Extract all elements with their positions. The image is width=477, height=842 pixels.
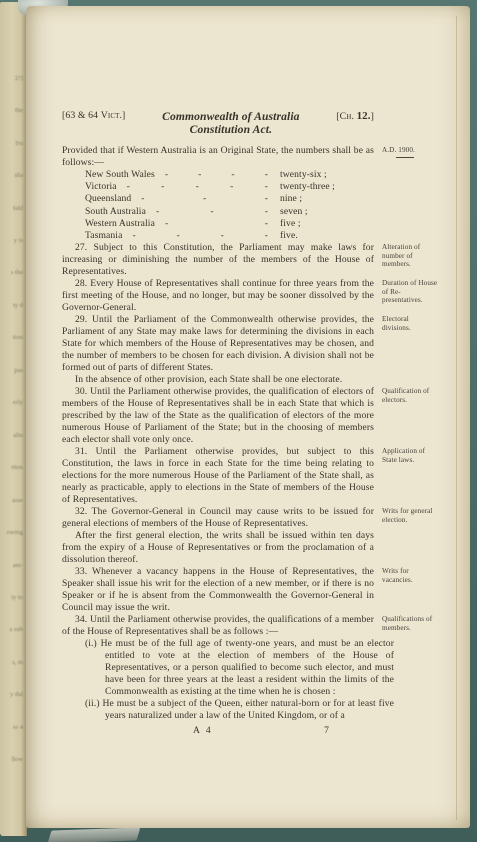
states-list: New South Wales ---- twenty-six ; Victor… <box>85 169 374 242</box>
leader-dashes: ---- <box>132 230 268 242</box>
paragraph-text: (ii.) He must be a subject of the Queen,… <box>85 698 394 721</box>
paragraph: (ii.) He must be a subject of the Queen,… <box>85 698 394 722</box>
paragraph: (i.) He must be of the full age of twent… <box>85 638 394 698</box>
margin-note: Alteration of number of members. <box>382 243 438 269</box>
bleed-through-text-fragment: tion <box>13 334 26 341</box>
bleed-through-text-fragment: er 4 <box>13 724 26 731</box>
margin-note: Qualifications of members. <box>382 615 438 632</box>
paragraph: 27. Subject to this Constitution, the Pa… <box>62 242 374 278</box>
state-name: Tasmania <box>85 230 122 242</box>
leader-dashes: --- <box>141 193 268 205</box>
paragraph: 30. Until the Parliament otherwise provi… <box>62 386 374 446</box>
margin-note: Duration of House of Re­presentatives. <box>382 279 438 305</box>
scan-background: 2?] the fru tila fald y is s the ty d ti… <box>0 0 477 842</box>
paragraph-text: (i.) He must be of the full age of twent… <box>85 638 394 697</box>
intro-paragraph: Provided that if Western Australia is an… <box>62 145 374 169</box>
bleed-through-text-fragment: y is <box>14 237 26 244</box>
note-rule <box>396 157 414 158</box>
paragraph-text: 28. Every House of Representatives shall… <box>62 278 374 313</box>
paragraph-text: In the absence of other provision, each … <box>75 374 342 385</box>
bleed-through-text-fragment: s, m <box>12 659 26 666</box>
book-spine-page-edge: 2?] the fru tila fald y is s the ty d ti… <box>0 2 27 836</box>
state-row: Queensland --- nine ; <box>85 193 374 205</box>
bleed-through-text-fragment: asse <box>12 497 26 504</box>
margin-note: Writs for general election. <box>382 507 438 524</box>
page-number: 7 <box>324 725 329 737</box>
paragraph-text: 30. Until the Parliament otherwise provi… <box>62 386 374 445</box>
bleed-through-text-fragment: alin <box>13 432 26 439</box>
state-name: Western Australia <box>85 218 155 230</box>
page-footer: A 4 7 <box>62 725 374 738</box>
state-row: Western Australia -- five ; <box>85 218 374 230</box>
title-line-2: Constitution Act. <box>125 123 336 136</box>
running-header-left: [63 & 64 Vict.] <box>62 110 125 122</box>
page-content: [63 & 64 Vict.] Commonwealth of Australi… <box>62 110 374 738</box>
state-row: Victoria ----- twenty-three ; <box>85 181 374 193</box>
bleed-through-text-fragment: am- <box>13 562 26 569</box>
state-member-count: five ; <box>280 218 374 230</box>
paragraph-text: 33. Whenever a vacancy happens in the Ho… <box>62 566 374 613</box>
margin-note: Qualification of electors. <box>382 387 438 404</box>
leader-dashes: ---- <box>165 169 268 181</box>
paragraph: 31. Until the Parliament otherwise provi… <box>62 446 374 506</box>
state-name: South Australia <box>85 206 146 218</box>
paragraph: 32. The Governor-General in Council may … <box>62 506 374 530</box>
paragraph: After the first general election, the wr… <box>62 530 374 566</box>
bleed-through-text-fragment: 2?] <box>15 75 26 82</box>
bleed-through-text-fragment: llow <box>11 756 26 763</box>
margin-note: Electoral divisions. <box>382 315 438 332</box>
paragraph-text: 32. The Governor-General in Council may … <box>62 506 374 529</box>
bleed-through-text-fragment: fru <box>15 140 26 147</box>
paragraph-text: 29. Until the Parliament of the Commonwe… <box>62 314 374 373</box>
clip-fragment-bottom <box>48 827 141 842</box>
paragraph: 33. Whenever a vacancy happens in the Ho… <box>62 566 374 614</box>
paragraph-text: After the first general election, the wr… <box>62 530 374 565</box>
bleed-through-text-fragment: owing <box>7 529 26 536</box>
state-row: Tasmania ---- five. <box>85 230 374 242</box>
leader-dashes: -- <box>165 218 268 230</box>
bleed-through-text-fragment: fald <box>13 205 26 212</box>
bleed-through-text-fragment: tila <box>15 172 26 179</box>
paragraph-text: 34. Until the Parliament otherwise provi… <box>62 614 374 637</box>
bleed-through-text-fragment: rtien <box>11 464 26 471</box>
bleed-through-text-fragment: ty to <box>11 594 26 601</box>
state-member-count: nine ; <box>280 193 374 205</box>
running-header: [63 & 64 Vict.] Commonwealth of Australi… <box>62 110 374 136</box>
body-paragraphs: 27. Subject to this Constitution, the Pa… <box>62 242 374 722</box>
document-page: [63 & 64 Vict.] Commonwealth of Australi… <box>26 6 470 828</box>
state-name: Victoria <box>85 181 117 193</box>
paragraph-text: 27. Subject to this Constitution, the Pa… <box>62 242 374 277</box>
state-name: Queensland <box>85 193 131 205</box>
paragraph: In the absence of other provision, each … <box>62 374 374 386</box>
margin-note: Application of State laws. <box>382 447 438 464</box>
bleed-through-text-fragment: s the <box>11 269 26 276</box>
bleed-through-text-fragment: ty d <box>13 302 26 309</box>
state-member-count: seven ; <box>280 206 374 218</box>
intro-text: Provided that if Western Australia is an… <box>62 145 374 168</box>
bleed-through-text-fragment: erly <box>13 399 26 406</box>
document-title: Commonwealth of Australia Constitution A… <box>125 110 336 136</box>
bleed-through-text-fragment: y dal <box>10 691 26 698</box>
state-row: South Australia --- seven ; <box>85 206 374 218</box>
leader-dashes: --- <box>156 206 268 218</box>
bleed-through-text-fragment: pas <box>14 367 26 374</box>
paragraph-text: 31. Until the Parliament otherwise provi… <box>62 446 374 505</box>
paragraph: 29. Until the Parliament of the Commonwe… <box>62 314 374 374</box>
margin-note-year: A.D. 1900. <box>382 146 438 158</box>
state-member-count: twenty-six ; <box>280 169 374 181</box>
signature-mark: A 4 <box>193 725 213 737</box>
running-header-right: [Ch. 12.] <box>336 110 374 123</box>
paragraph: 28. Every House of Representatives shall… <box>62 278 374 314</box>
state-row: New South Wales ---- twenty-six ; <box>85 169 374 181</box>
bleed-through-text-fragment: the <box>15 107 26 114</box>
state-member-count: five. <box>280 230 374 242</box>
margin-note: Writs for vacancies. <box>382 567 438 584</box>
state-name: New South Wales <box>85 169 155 181</box>
bleed-through-text-fragment: a sub <box>9 626 26 633</box>
leader-dashes: ----- <box>127 181 268 193</box>
state-member-count: twenty-three ; <box>280 181 374 193</box>
title-line-1: Commonwealth of Australia <box>125 110 336 123</box>
paragraph: 34. Until the Parliament otherwise provi… <box>62 614 374 638</box>
